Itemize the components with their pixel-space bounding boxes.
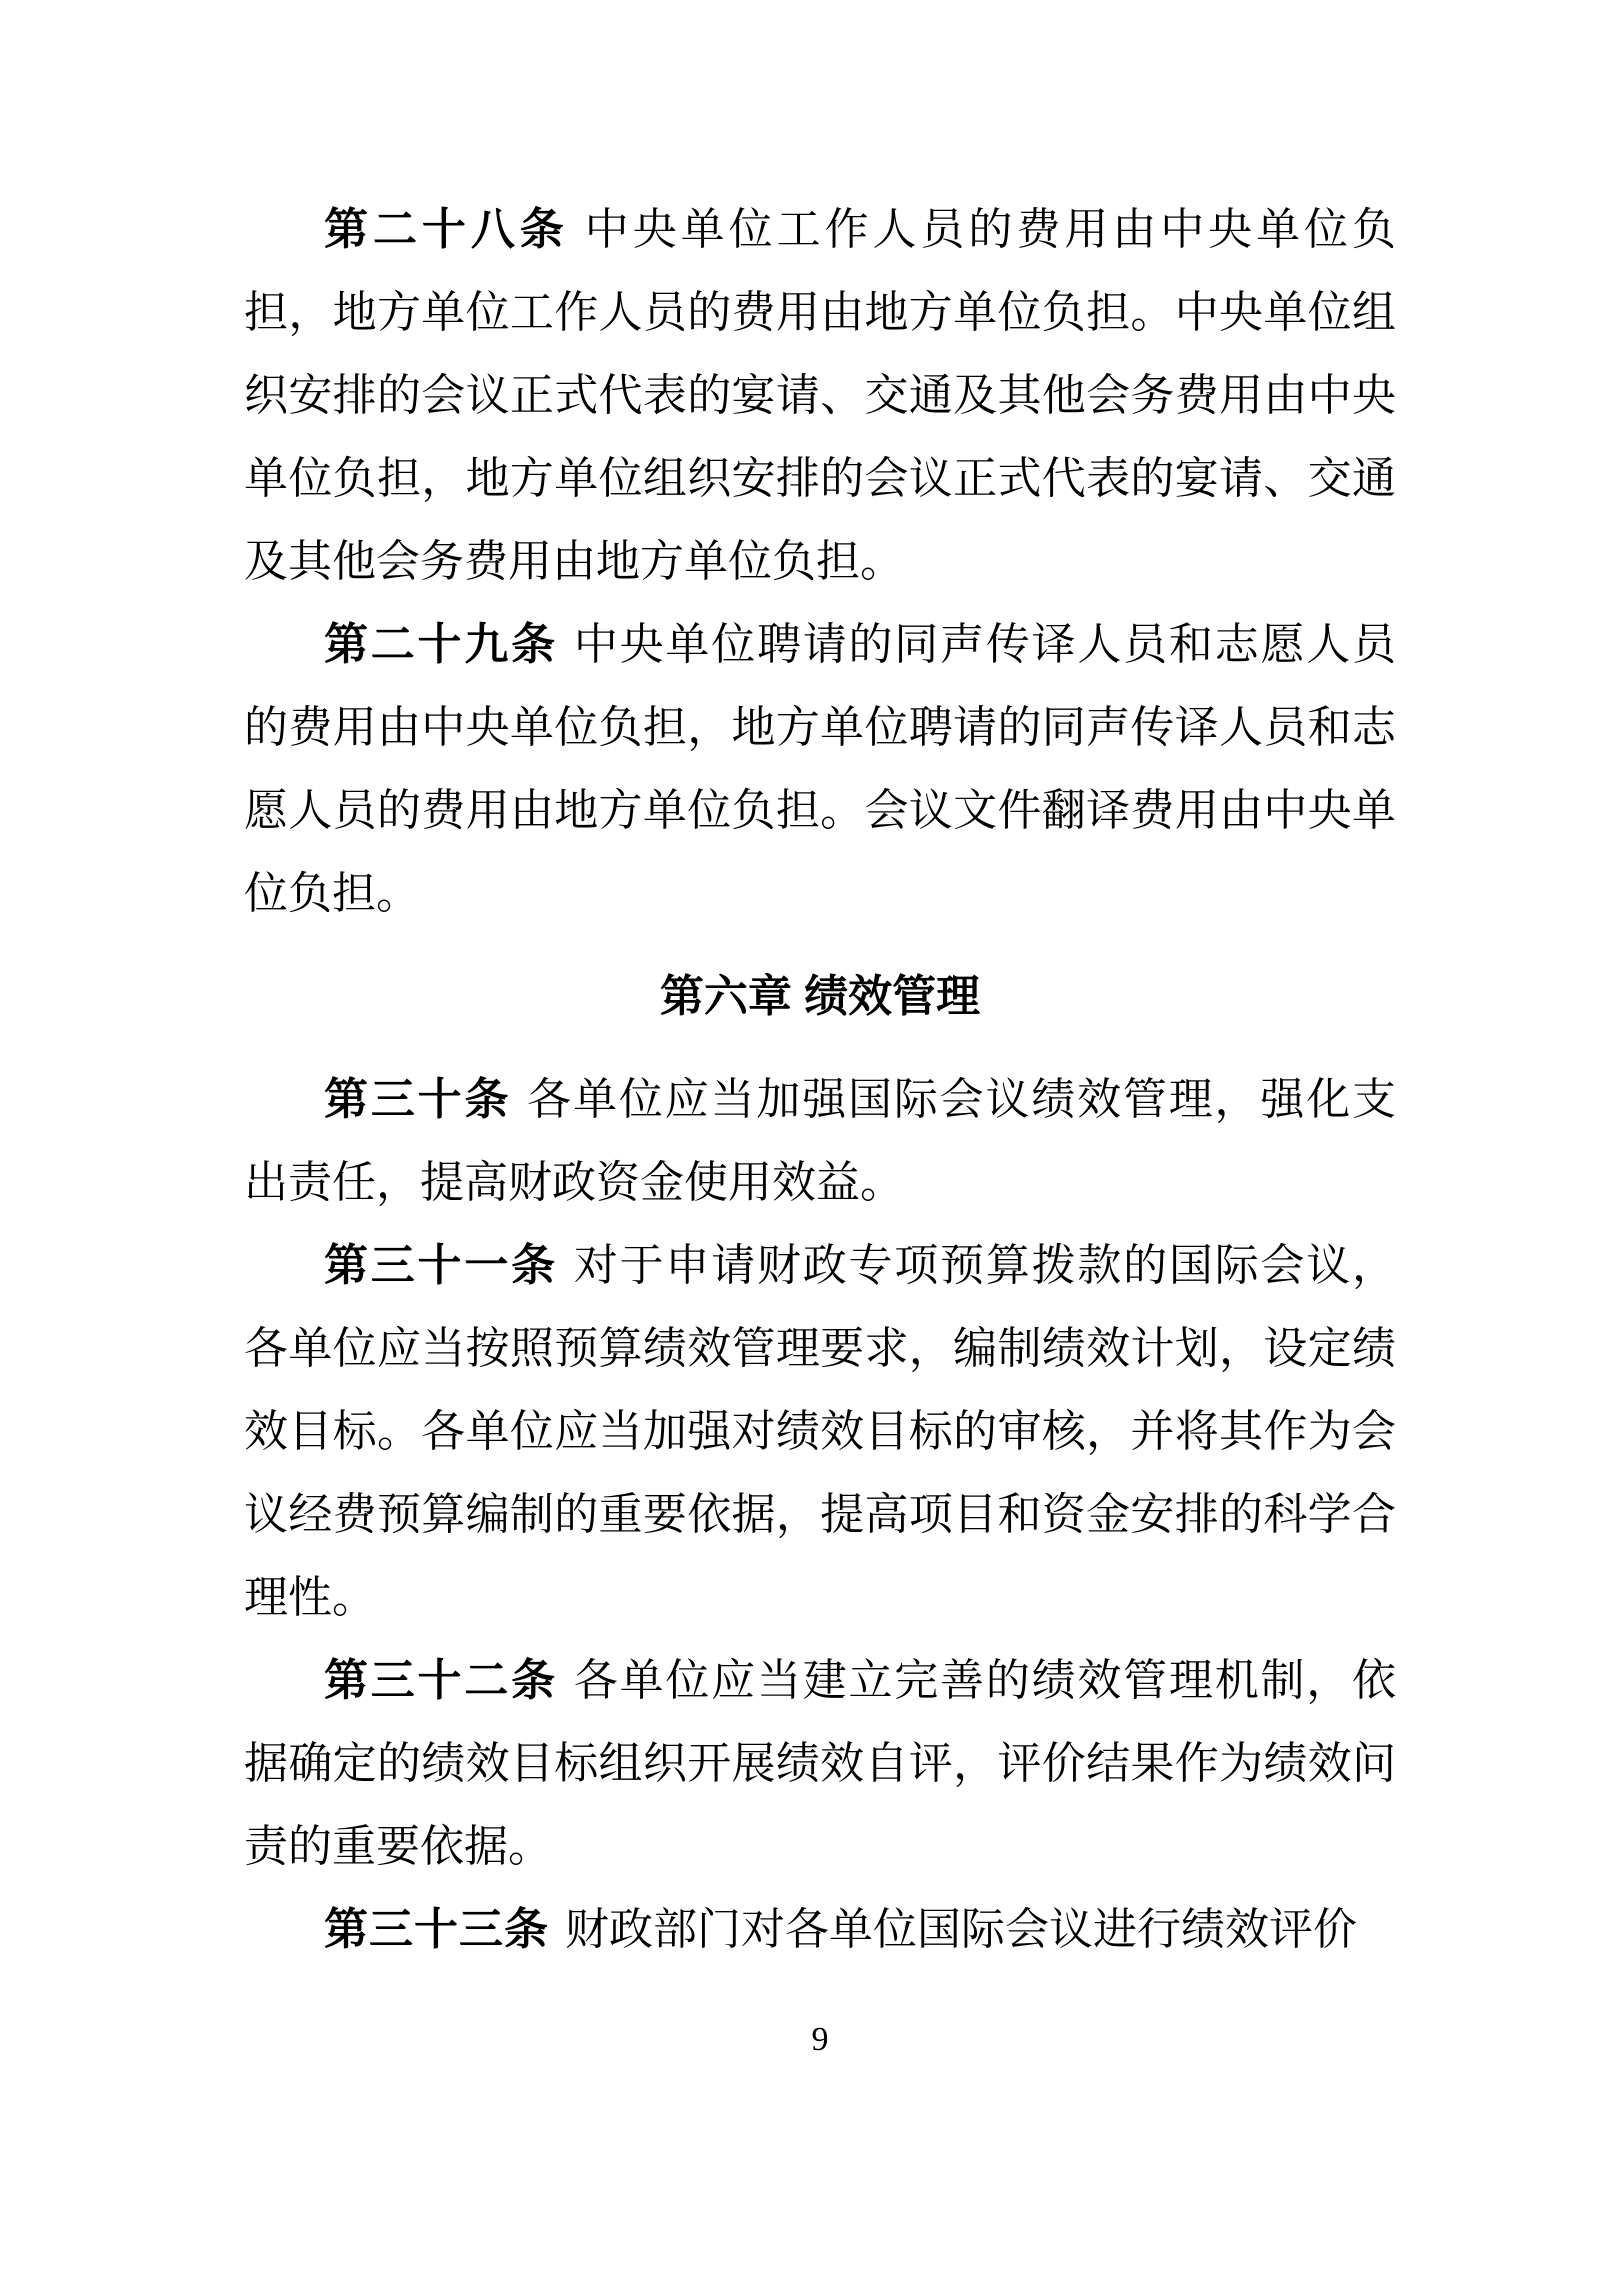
article-28: 第二十八条中央单位工作人员的费用由中央单位负担，地方单位工作人员的费用由地方单位… [244,188,1396,603]
article-30: 第三十条各单位应当加强国际会议绩效管理，强化支出责任，提高财政资金使用效益。 [244,1058,1396,1224]
article-28-text: 中央单位工作人员的费用由中央单位负担，地方单位工作人员的费用由地方单位负担。中央… [244,205,1396,586]
article-29-number: 第二十九条 [324,620,558,669]
page-number: 9 [244,2018,1396,2062]
document-page: 第二十八条中央单位工作人员的费用由中央单位负担，地方单位工作人员的费用由地方单位… [0,0,1620,2292]
article-30-number: 第三十条 [324,1075,511,1124]
article-29: 第二十九条中央单位聘请的同声传译人员和志愿人员的费用由中央单位负担，地方单位聘请… [244,603,1396,935]
article-31-text: 对于申请财政专项预算拨款的国际会议，各单位应当按照预算绩效管理要求，编制绩效计划… [244,1241,1396,1622]
chapter-6-heading: 第六章 绩效管理 [244,955,1396,1038]
document-body: 第二十八条中央单位工作人员的费用由中央单位负担，地方单位工作人员的费用由地方单位… [244,188,1396,1971]
article-33-number: 第三十三条 [324,1905,549,1954]
article-32: 第三十二条各单位应当建立完善的绩效管理机制，依据确定的绩效目标组织开展绩效自评，… [244,1639,1396,1888]
article-33: 第三十三条财政部门对各单位国际会议进行绩效评价 [244,1888,1396,1971]
article-28-number: 第二十八条 [324,205,569,254]
article-31: 第三十一条对于申请财政专项预算拨款的国际会议，各单位应当按照预算绩效管理要求，编… [244,1224,1396,1639]
article-32-number: 第三十二条 [324,1656,558,1705]
article-33-text: 财政部门对各单位国际会议进行绩效评价 [565,1905,1357,1954]
article-31-number: 第三十一条 [324,1241,558,1290]
